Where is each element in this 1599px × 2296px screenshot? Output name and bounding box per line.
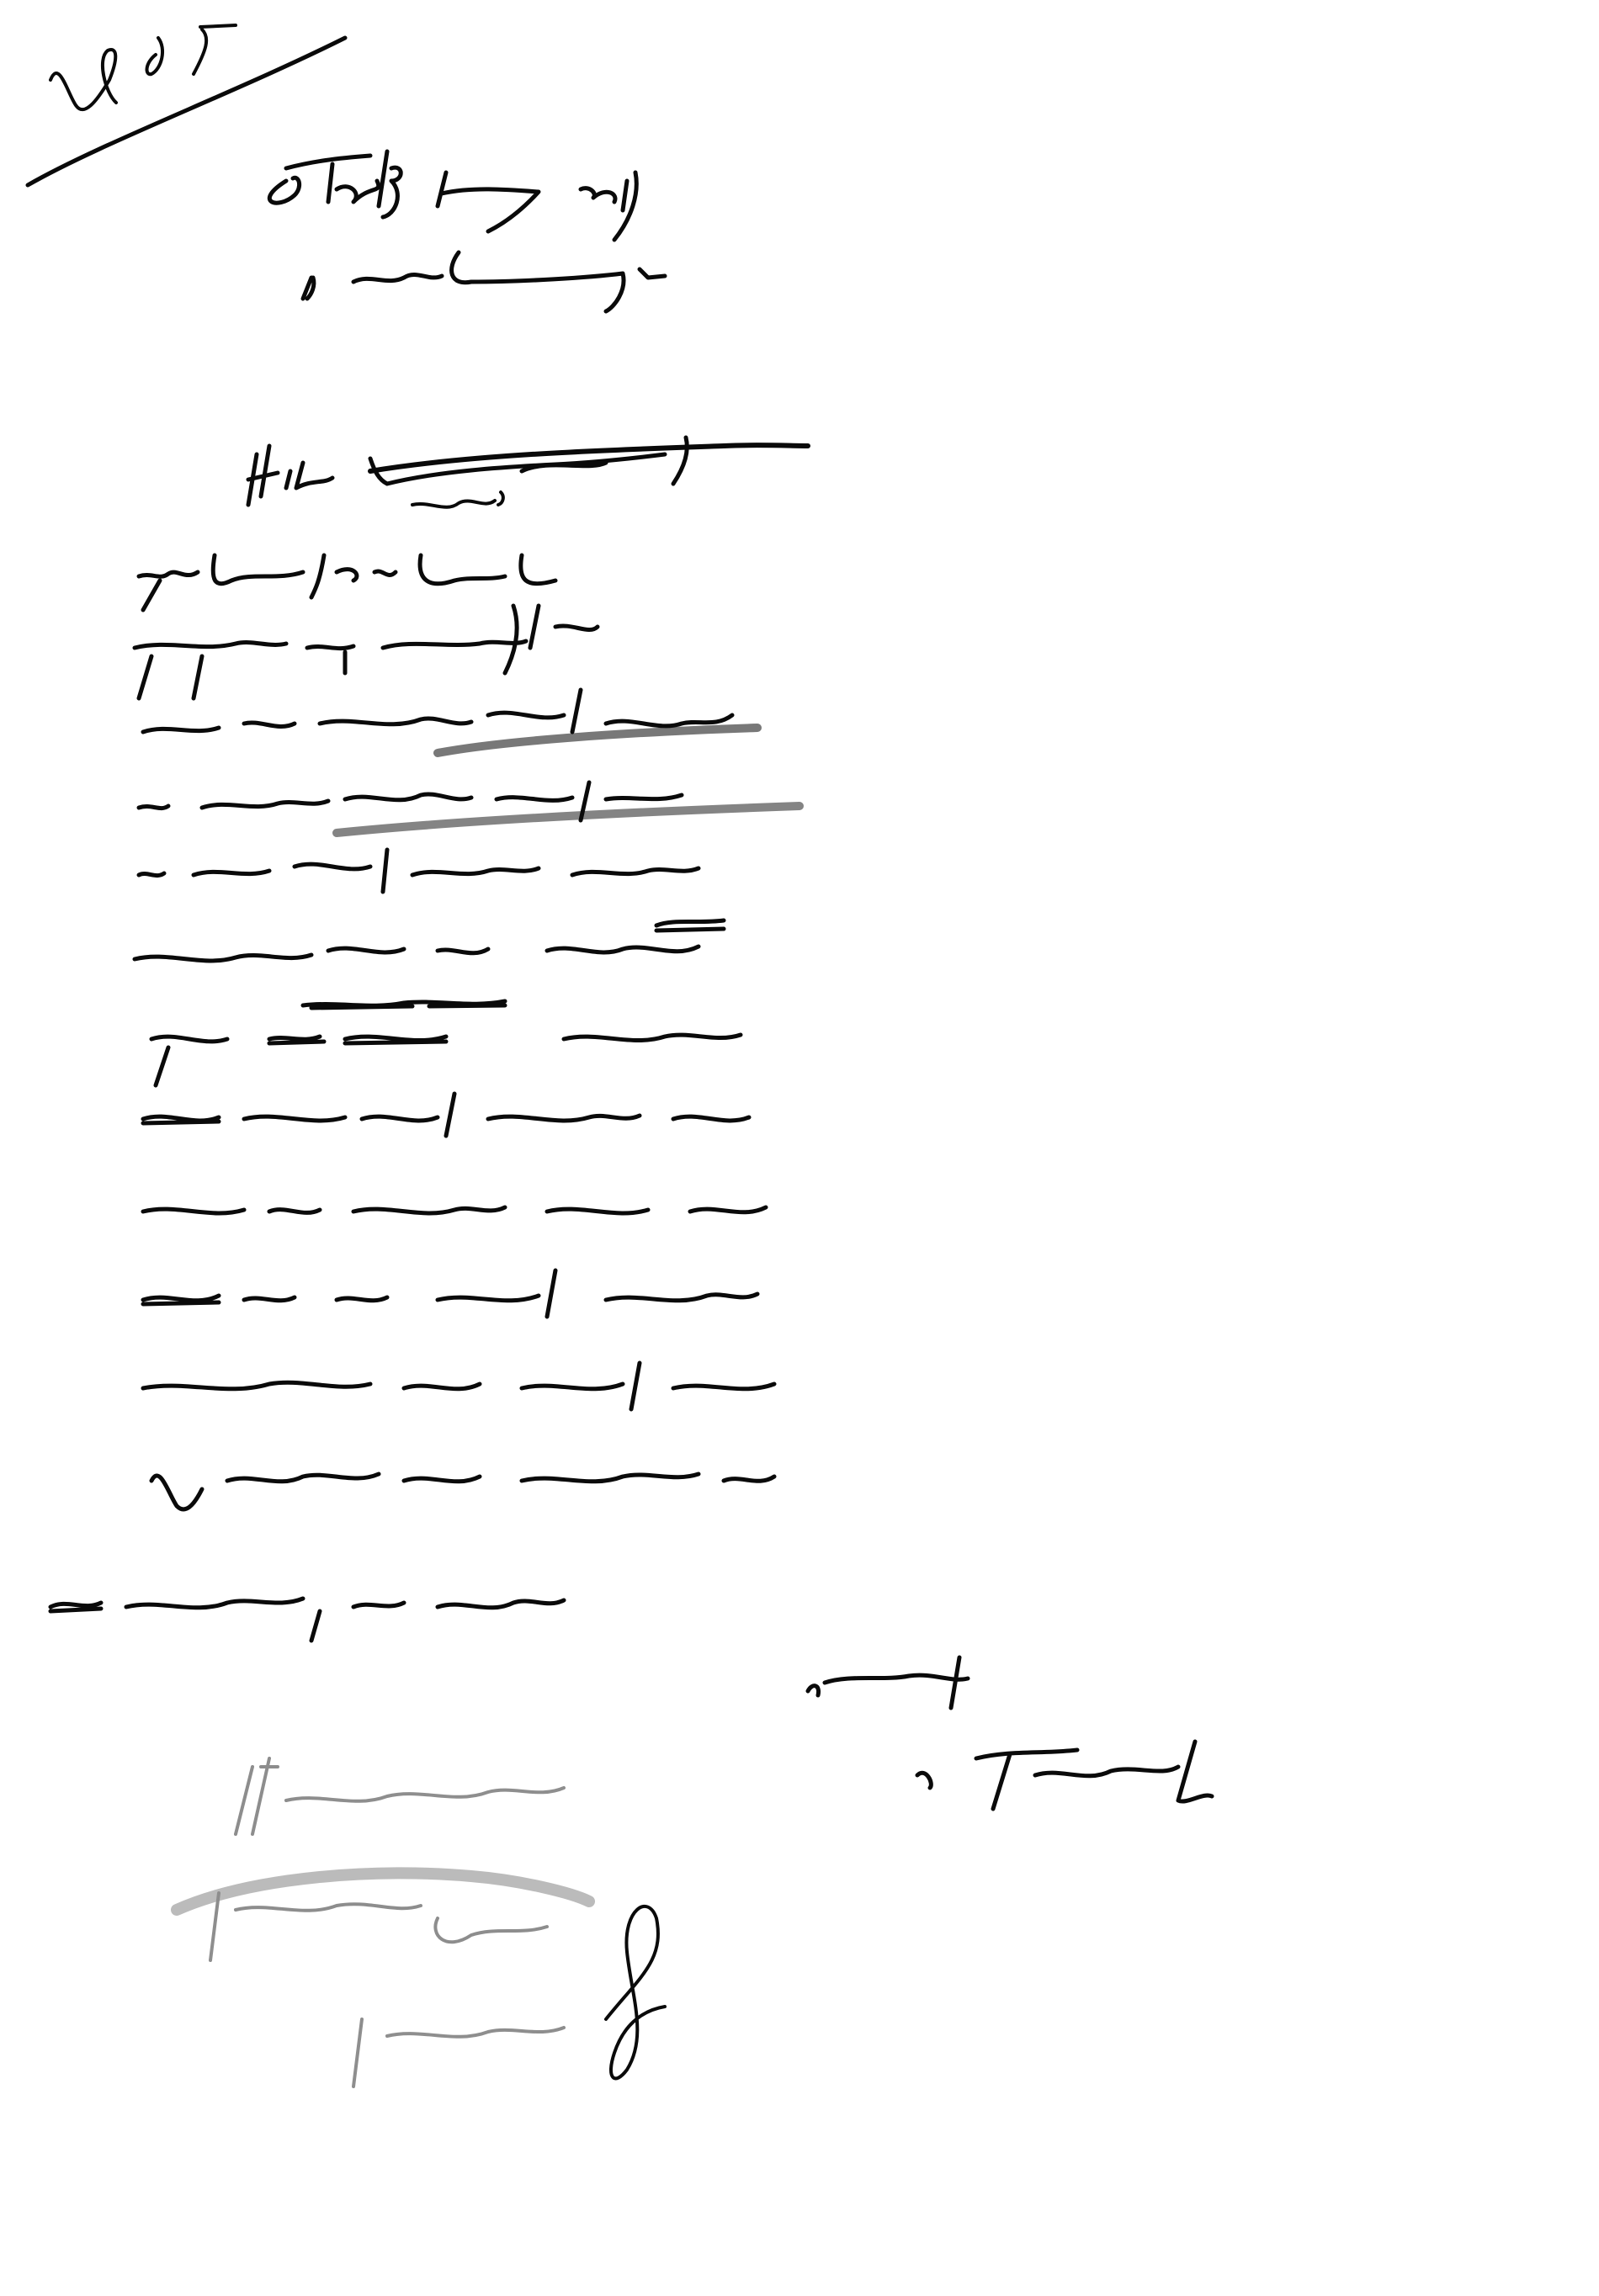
body-line-13 [151, 1474, 774, 1509]
interlinear-insertion [412, 492, 503, 507]
closing [808, 1657, 968, 1708]
flourish [606, 1906, 665, 2079]
body-line-3 [135, 606, 598, 698]
heading-line-2 [303, 252, 665, 311]
body-line-5 [139, 782, 799, 833]
body-line-9 [143, 1094, 749, 1136]
body-line-8 [151, 1001, 741, 1085]
manuscript-page: 805 [0, 0, 1599, 2296]
body-line-11 [143, 1270, 757, 1317]
body-line-6 [139, 850, 699, 892]
folio-number [28, 25, 345, 185]
pencil-annotations [177, 1758, 589, 2087]
handwriting-ink [0, 0, 1599, 2296]
body-line-10 [143, 1207, 766, 1213]
body-line-12 [143, 1363, 774, 1409]
signature [917, 1742, 1212, 1809]
body-line-2 [139, 555, 555, 610]
body-line-1 [248, 437, 808, 505]
body-line-14 [50, 1599, 564, 1641]
heading-line-1 [269, 151, 636, 240]
body-line-7 [135, 920, 724, 961]
body-line-4 [143, 690, 757, 753]
